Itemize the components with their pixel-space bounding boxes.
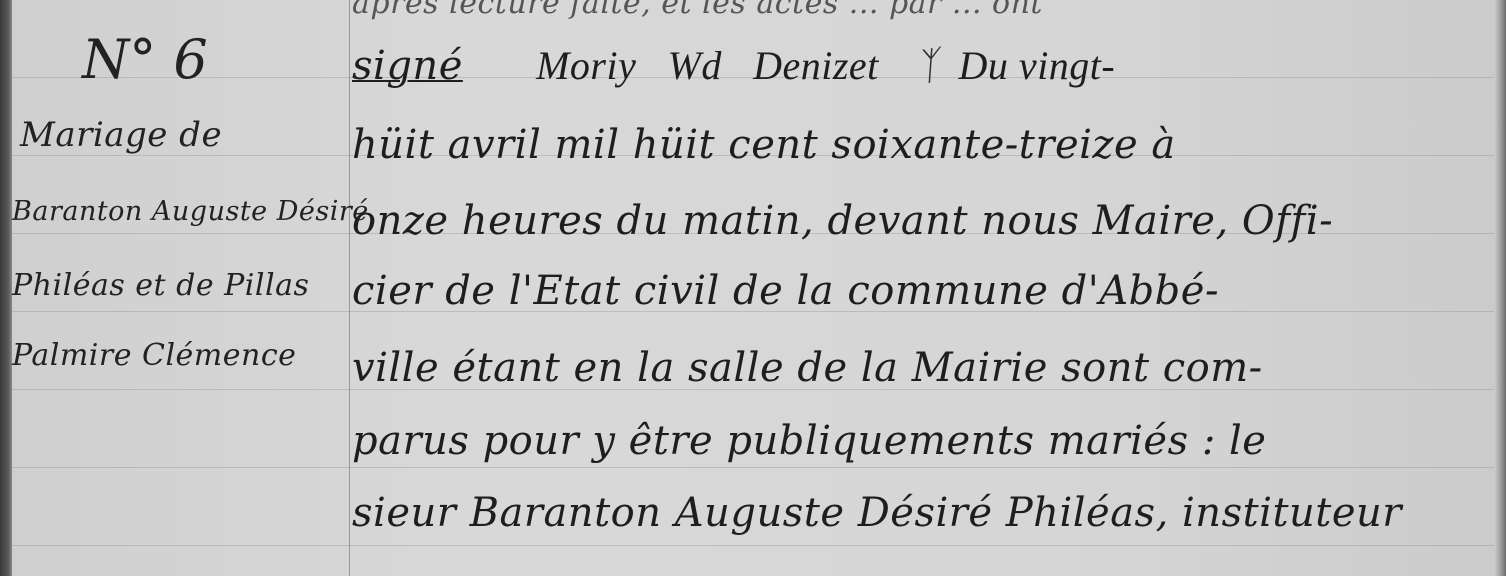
register-body: après lecture faite, et les actes ... pa…	[352, 0, 1492, 576]
page-right-edge	[1494, 0, 1506, 576]
signature-1: Moriy	[536, 43, 636, 88]
signature-2: Wd	[668, 43, 722, 88]
body-line-0: après lecture faite, et les actes ... pa…	[352, 0, 1482, 21]
register-page: N° 6 Mariage de Baranton Auguste Désiré …	[0, 0, 1506, 576]
margin-line-title: Mariage de	[20, 115, 222, 155]
margin-line-bride-name: Palmire Clémence	[12, 338, 296, 373]
body-line-commune: cier de l'Etat civil de la commune d'Abb…	[352, 268, 1482, 314]
signed-word: signé	[352, 43, 463, 89]
margin-line-groom-bride: Philéas et de Pillas	[12, 268, 309, 303]
margin-rule	[349, 0, 350, 576]
body-line-time-officer: onze heures du matin, devant nous Maire,…	[352, 198, 1482, 244]
body-line-appeared: parus pour y être publiquements mariés :…	[352, 418, 1482, 464]
body-line-date: hüit avril mil hüit cent soixante-treize…	[352, 122, 1482, 168]
act-number: N° 6	[82, 28, 208, 91]
signature-3: Denizet	[753, 43, 879, 88]
body-line-groom: sieur Baranton Auguste Désiré Philéas, i…	[352, 490, 1482, 536]
binding-edge	[0, 0, 12, 576]
margin-line-groom-name: Baranton Auguste Désiré	[12, 196, 369, 227]
signatures: Moriy Wd Denizet ᛉ Du vingt-	[476, 42, 1133, 89]
body-line-signatures: signé Moriy Wd Denizet ᛉ Du vingt-	[352, 42, 1482, 89]
margin-column: N° 6 Mariage de Baranton Auguste Désiré …	[12, 0, 349, 576]
signature-mark-icon: ᛉ	[912, 42, 943, 89]
date-intro: Du vingt-	[959, 43, 1116, 88]
body-line-hall: ville étant en la salle de la Mairie son…	[352, 345, 1482, 391]
